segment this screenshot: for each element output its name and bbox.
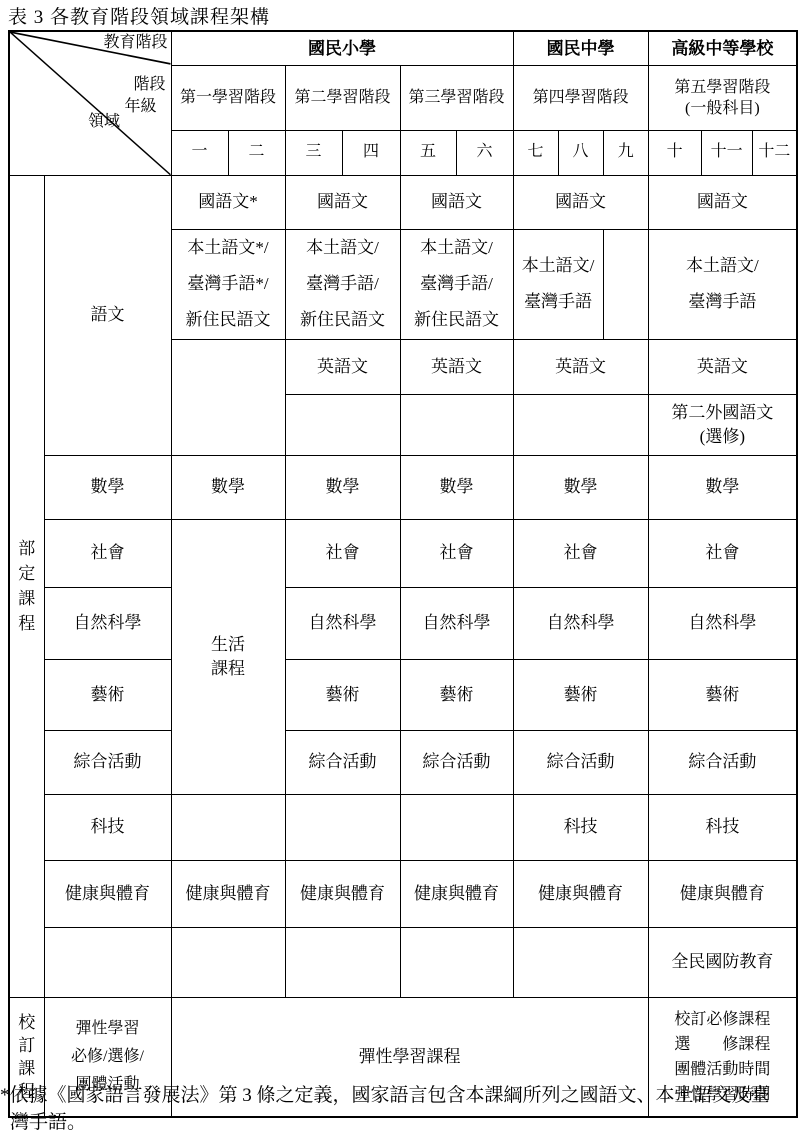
grade-12-header: 十二 xyxy=(752,130,797,175)
cell-mandarin-stage3: 國語文 xyxy=(400,175,513,229)
cell-math-stage2: 數學 xyxy=(285,455,400,519)
domain-health-pe: 健康與體育 xyxy=(44,860,171,927)
cell-second-foreign-stage5: 第二外國語文 (選修) xyxy=(648,394,797,455)
cell-native-lang-stage5: 本土語文/ 臺灣手語 xyxy=(648,229,797,339)
cell-social-stage4: 社會 xyxy=(513,519,648,587)
cell-technology-stage4: 科技 xyxy=(513,794,648,860)
cell-health-stage1: 健康與體育 xyxy=(171,860,285,927)
cell-native-lang-stage1: 本土語文*/ 臺灣手語*/ 新住民語文 xyxy=(171,229,285,339)
cell-defense-stage3-empty xyxy=(400,927,513,997)
cell-defense-stage2-empty xyxy=(285,927,400,997)
corner-diagonal-cell: 教育階段 階段 年級 領域 xyxy=(9,31,171,175)
cell-science-stage5: 自然科學 xyxy=(648,587,797,659)
footnote-line2: 灣手語。 xyxy=(0,1109,804,1136)
domain-language: 語文 xyxy=(44,175,171,455)
cell-technology-stage5: 科技 xyxy=(648,794,797,860)
cell-arts-stage5: 藝術 xyxy=(648,659,797,730)
domain-math: 數學 xyxy=(44,455,171,519)
cell-technology-stage2-empty xyxy=(285,794,400,860)
domain-technology: 科技 xyxy=(44,794,171,860)
stage-1-header: 第一學習階段 xyxy=(171,66,285,130)
cell-science-stage2: 自然科學 xyxy=(285,587,400,659)
cell-arts-stage3: 藝術 xyxy=(400,659,513,730)
cell-integrative-stage2: 綜合活動 xyxy=(285,730,400,794)
domain-integrative: 綜合活動 xyxy=(44,730,171,794)
grade-3-header: 三 xyxy=(285,130,342,175)
grade-2-header: 二 xyxy=(228,130,285,175)
cell-native-lang-stage3: 本土語文/ 臺灣手語/ 新住民語文 xyxy=(400,229,513,339)
cell-integrative-stage4: 綜合活動 xyxy=(513,730,648,794)
cell-mandarin-stage2: 國語文 xyxy=(285,175,400,229)
cell-health-stage4: 健康與體育 xyxy=(513,860,648,927)
cell-second-foreign-stage4-empty xyxy=(513,394,648,455)
cell-social-stage3: 社會 xyxy=(400,519,513,587)
footnote: *依據《國家語言發展法》第 3 條之定義，國家語言包含本課綱所列之國語文、本土語… xyxy=(0,1082,804,1136)
cell-english-stage1-empty xyxy=(171,339,285,455)
cell-math-stage5: 數學 xyxy=(648,455,797,519)
cell-social-stage5: 社會 xyxy=(648,519,797,587)
category-mandated-curriculum: 部 定 課 程 xyxy=(9,175,44,997)
grade-6-header: 六 xyxy=(456,130,513,175)
footnote-line1: *依據《國家語言發展法》第 3 條之定義，國家語言包含本課綱所列之國語文、本土語… xyxy=(0,1082,804,1109)
cell-english-stage4: 英語文 xyxy=(513,339,648,394)
school-elementary: 國民小學 xyxy=(171,31,513,66)
corner-label-education-stage: 教育階段 xyxy=(103,34,167,52)
cell-second-foreign-stage3-empty xyxy=(400,394,513,455)
stage-5-header: 第五學習階段 (一般科目) xyxy=(648,66,797,130)
stage-3-header: 第三學習階段 xyxy=(400,66,513,130)
cell-social-stage2: 社會 xyxy=(285,519,400,587)
cell-math-stage1: 數學 xyxy=(171,455,285,519)
school-senior-high: 高級中等學校 xyxy=(648,31,797,66)
cell-science-stage4: 自然科學 xyxy=(513,587,648,659)
cell-math-stage3: 數學 xyxy=(400,455,513,519)
grade-11-header: 十一 xyxy=(701,130,752,175)
cell-defense-stage5: 全民國防教育 xyxy=(648,927,797,997)
grade-4-header: 四 xyxy=(342,130,400,175)
cell-defense-stage4-empty xyxy=(513,927,648,997)
cell-native-lang-stage4-grade9-empty xyxy=(603,229,648,339)
page-title: 表 3 各教育階段領域課程架構 xyxy=(8,2,270,29)
stage-4-header: 第四學習階段 xyxy=(513,66,648,130)
domain-defense-empty xyxy=(44,927,171,997)
cell-mandarin-stage5: 國語文 xyxy=(648,175,797,229)
grade-1-header: 一 xyxy=(171,130,228,175)
cell-native-lang-stage4-grades7-8: 本土語文/ 臺灣手語 xyxy=(513,229,603,339)
cell-technology-stage1-empty xyxy=(171,794,285,860)
cell-integrative-stage3: 綜合活動 xyxy=(400,730,513,794)
cell-mandarin-stage4: 國語文 xyxy=(513,175,648,229)
domain-social: 社會 xyxy=(44,519,171,587)
cell-science-stage3: 自然科學 xyxy=(400,587,513,659)
cell-health-stage3: 健康與體育 xyxy=(400,860,513,927)
cell-mandarin-stage1: 國語文* xyxy=(171,175,285,229)
cell-health-stage5: 健康與體育 xyxy=(648,860,797,927)
cell-technology-stage3-empty xyxy=(400,794,513,860)
grade-7-header: 七 xyxy=(513,130,558,175)
cell-arts-stage4: 藝術 xyxy=(513,659,648,730)
cell-second-foreign-stage2-empty xyxy=(285,394,400,455)
corner-label-grade: 年級 xyxy=(124,98,156,116)
corner-label-domain: 領域 xyxy=(88,113,120,131)
grade-8-header: 八 xyxy=(558,130,603,175)
domain-natural-science: 自然科學 xyxy=(44,587,171,659)
grade-9-header: 九 xyxy=(603,130,648,175)
cell-integrative-stage5: 綜合活動 xyxy=(648,730,797,794)
cell-life-curriculum-stage1: 生活 課程 xyxy=(171,519,285,794)
curriculum-framework-table: 教育階段 階段 年級 領域 國民小學 國民中學 高級中等學校 第一學習階段 第二… xyxy=(8,30,798,1118)
corner-label-stage: 階段 xyxy=(133,76,165,94)
cell-english-stage3: 英語文 xyxy=(400,339,513,394)
cell-english-stage5: 英語文 xyxy=(648,339,797,394)
grade-5-header: 五 xyxy=(400,130,456,175)
grade-10-header: 十 xyxy=(648,130,701,175)
cell-defense-stage1-empty xyxy=(171,927,285,997)
stage-2-header: 第二學習階段 xyxy=(285,66,400,130)
domain-arts: 藝術 xyxy=(44,659,171,730)
cell-health-stage2: 健康與體育 xyxy=(285,860,400,927)
cell-arts-stage2: 藝術 xyxy=(285,659,400,730)
cell-english-stage2: 英語文 xyxy=(285,339,400,394)
cell-math-stage4: 數學 xyxy=(513,455,648,519)
school-junior-high: 國民中學 xyxy=(513,31,648,66)
cell-native-lang-stage2: 本土語文/ 臺灣手語/ 新住民語文 xyxy=(285,229,400,339)
